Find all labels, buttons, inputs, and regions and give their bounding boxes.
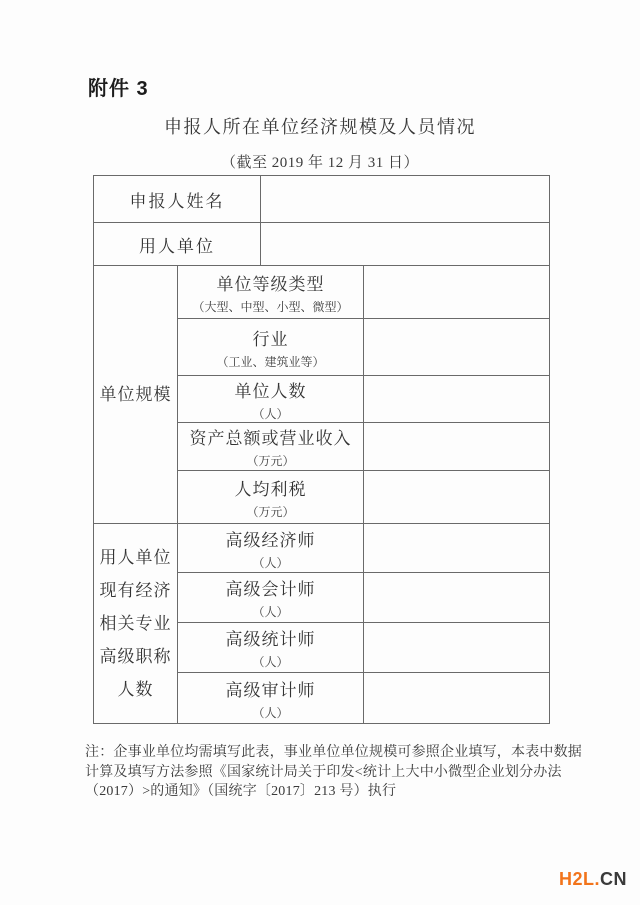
row-value-senior-auditor bbox=[364, 673, 550, 724]
document-title: 申报人所在单位经济规模及人员情况 bbox=[0, 113, 640, 139]
footnote-line: （2017）>的通知》（国统字〔2017〕213 号）执行 bbox=[85, 782, 575, 802]
row-label-industry: 行业 （工业、建筑业等） bbox=[178, 319, 364, 376]
row-value-per-capita-profit-tax bbox=[364, 471, 550, 524]
row-label-senior-statistician: 高级统计师 （人） bbox=[178, 623, 364, 673]
field-value-applicant-name bbox=[261, 176, 550, 223]
row-value-senior-accountant bbox=[364, 573, 550, 623]
attachment-heading: 附件 3 bbox=[88, 72, 149, 101]
section-label-unit-scale: 单位规模 bbox=[94, 266, 178, 524]
row-label-per-capita-profit-tax: 人均利税 （万元） bbox=[178, 471, 364, 524]
row-value-unit-grade-type bbox=[364, 266, 550, 319]
section-label-senior-titles: 用人单位 现有经济 相关专业 高级职称 人数 bbox=[94, 524, 178, 724]
row-label-headcount: 单位人数 （人） bbox=[178, 376, 364, 423]
document-page: 附件 3 申报人所在单位经济规模及人员情况 （截至 2019 年 12 月 31… bbox=[0, 0, 640, 905]
row-label-assets-or-revenue: 资产总额或营业收入 （万元） bbox=[178, 423, 364, 471]
row-label-senior-accountant: 高级会计师 （人） bbox=[178, 573, 364, 623]
row-value-senior-economist bbox=[364, 524, 550, 573]
watermark: H2L.CN bbox=[559, 869, 627, 890]
row-value-industry bbox=[364, 319, 550, 376]
row-label-unit-grade-type: 单位等级类型 （大型、中型、小型、微型） bbox=[178, 266, 364, 319]
watermark-brand: H2L. bbox=[559, 869, 600, 889]
row-label-senior-economist: 高级经济师 （人） bbox=[178, 524, 364, 573]
field-value-employer bbox=[261, 223, 550, 266]
watermark-suffix: CN bbox=[600, 869, 627, 889]
row-value-assets-or-revenue bbox=[364, 423, 550, 471]
footnote: 注：企事业单位均需填写此表，事业单位单位规模可参照企业填写，本表中数据 计算及填… bbox=[85, 743, 575, 802]
document-dateline: （截至 2019 年 12 月 31 日） bbox=[0, 151, 640, 172]
field-label-applicant-name: 申报人姓名 bbox=[94, 176, 261, 223]
footnote-line: 注：企事业单位均需填写此表，事业单位单位规模可参照企业填写，本表中数据 bbox=[85, 743, 575, 763]
field-label-employer: 用人单位 bbox=[94, 223, 261, 266]
row-value-headcount bbox=[364, 376, 550, 423]
row-value-senior-statistician bbox=[364, 623, 550, 673]
form-table: 申报人姓名 用人单位 单位规模 单位等级类型 （大型、中型、小型、微型） bbox=[93, 175, 550, 724]
footnote-line: 计算及填写方法参照《国家统计局关于印发<统计上大中小微型企业划分办法 bbox=[85, 763, 575, 783]
row-label-senior-auditor: 高级审计师 （人） bbox=[178, 673, 364, 724]
